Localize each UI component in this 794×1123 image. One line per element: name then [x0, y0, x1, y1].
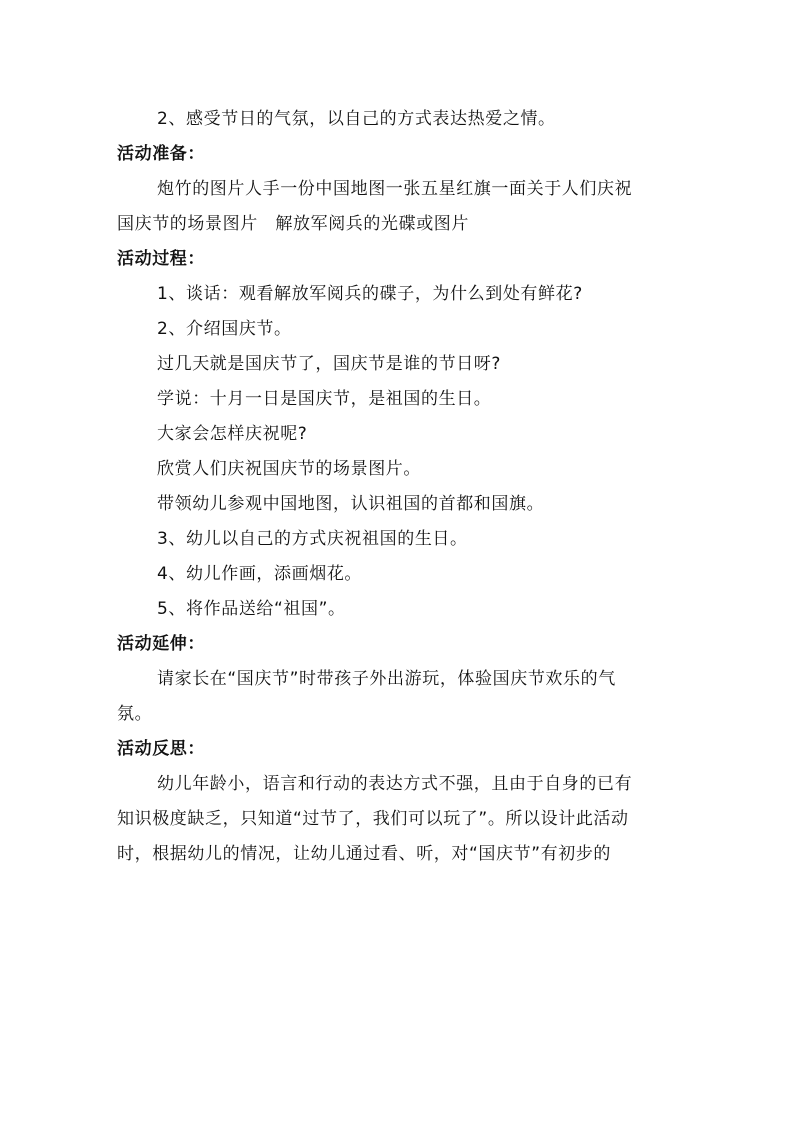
section-heading-extension: 活动延伸：: [117, 627, 677, 662]
process-step-2-question: 过几天就是国庆节了，国庆节是谁的节日呀?: [117, 347, 677, 382]
process-step-2-answer: 学说：十月一日是国庆节，是祖国的生日。: [117, 382, 677, 417]
process-step-3: 3、幼儿以自己的方式庆祝祖国的生日。: [117, 522, 677, 557]
process-step-2: 2、介绍国庆节。: [117, 312, 677, 347]
objective-2: 2、感受节日的气氛，以自己的方式表达热爱之情。: [117, 102, 677, 137]
preparation-text-line-1: 炮竹的图片人手一份中国地图一张五星红旗一面关于人们庆祝: [117, 172, 677, 207]
document-body: 2、感受节日的气氛，以自己的方式表达热爱之情。 活动准备： 炮竹的图片人手一份中…: [117, 102, 677, 872]
section-heading-process: 活动过程：: [117, 242, 677, 277]
extension-text-line-2: 氛。: [117, 697, 677, 732]
extension-text-line-1: 请家长在“国庆节”时带孩子外出游玩，体验国庆节欢乐的气: [117, 662, 677, 697]
process-step-2-map: 带领幼儿参观中国地图，认识祖国的首都和国旗。: [117, 487, 677, 522]
process-step-2-appreciate: 欣赏人们庆祝国庆节的场景图片。: [117, 452, 677, 487]
process-step-4: 4、幼儿作画，添画烟花。: [117, 557, 677, 592]
reflection-text-line-1: 幼儿年龄小，语言和行动的表达方式不强，且由于自身的已有: [117, 767, 677, 802]
section-heading-reflection: 活动反思：: [117, 732, 677, 767]
preparation-text-line-2: 国庆节的场景图片 解放军阅兵的光碟或图片: [117, 207, 677, 242]
section-heading-preparation: 活动准备：: [117, 137, 677, 172]
process-step-2-celebrate-question: 大家会怎样庆祝呢?: [117, 417, 677, 452]
process-step-1: 1、谈话：观看解放军阅兵的碟子，为什么到处有鲜花?: [117, 277, 677, 312]
reflection-text-line-3: 时，根据幼儿的情况，让幼儿通过看、听，对“国庆节”有初步的: [117, 837, 677, 872]
process-step-5: 5、将作品送给“祖国”。: [117, 592, 677, 627]
document-page: 2、感受节日的气氛，以自己的方式表达热爱之情。 活动准备： 炮竹的图片人手一份中…: [0, 0, 794, 1123]
reflection-text-line-2: 知识极度缺乏，只知道“过节了，我们可以玩了”。所以设计此活动: [117, 802, 677, 837]
